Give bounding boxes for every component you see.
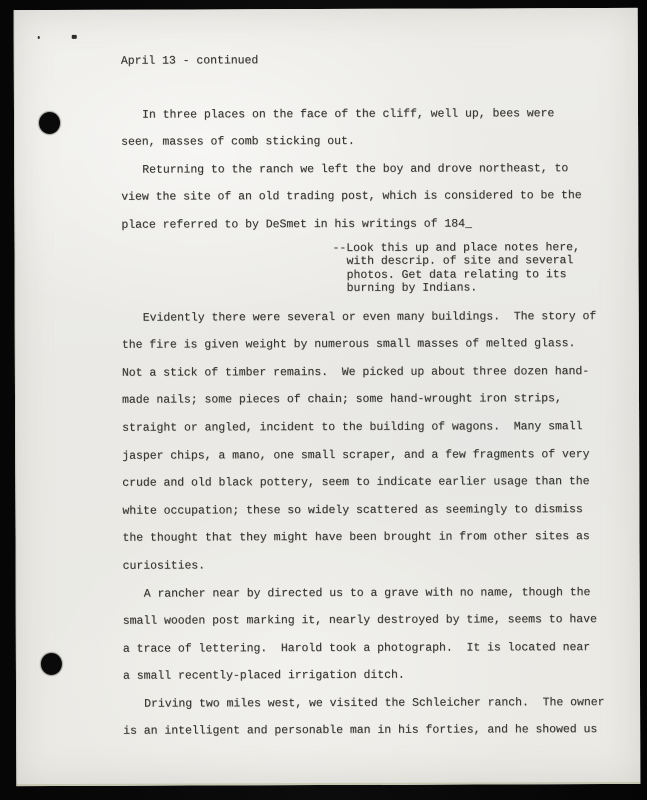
text-line: In three places on the face of the cliff…	[121, 100, 629, 129]
hole-punch-top-icon	[39, 112, 60, 134]
document-page: April 13 - continued In three places on …	[14, 8, 641, 786]
text-line: Driving two miles west, we visited the S…	[123, 689, 631, 718]
text-line: a trace of lettering. Harold took a phot…	[123, 634, 631, 663]
text-line: Not a stick of timber remains. We picked…	[122, 358, 630, 387]
text-line: curiosities.	[123, 551, 631, 580]
text-line: crude and old black pottery, seem to ind…	[122, 468, 630, 497]
document-text: April 13 - continued In three places on …	[121, 20, 632, 772]
text-line: place referred to by DeSmet in his writi…	[121, 210, 629, 239]
ink-speck	[72, 35, 77, 39]
text-line: small wooden post marking it, nearly des…	[123, 606, 631, 635]
scanner-background: { "colors": { "background": "#0a0a0a", "…	[0, 0, 647, 800]
text-line: straight or angled, incident to the buil…	[122, 413, 630, 442]
text-line: the fire is given weight by numerous sma…	[122, 330, 630, 359]
text-line: is an intelligent and personable man in …	[123, 716, 631, 745]
text-line: jasper chips, a mano, one small scraper,…	[122, 440, 630, 469]
text-line: with descrip. of site and several	[122, 254, 630, 269]
text-line: photos. Get data relating to its	[122, 268, 630, 283]
document-lines: In three places on the face of the cliff…	[121, 100, 631, 746]
text-line: Returning to the ranch we left the boy a…	[121, 155, 629, 184]
text-line: white occupation; these so widely scatte…	[122, 496, 630, 525]
ink-speck	[38, 36, 40, 39]
text-line: A rancher near by directed us to a grave…	[123, 578, 631, 607]
page-heading: April 13 - continued	[121, 46, 629, 75]
text-line: Evidently there were several or even man…	[122, 303, 630, 332]
text-line: view the site of an old trading post, wh…	[121, 182, 629, 211]
hole-punch-bottom-icon	[41, 653, 62, 675]
text-line: made nails; some pieces of chain; some h…	[122, 385, 630, 414]
text-line: seen, masses of comb sticking out.	[121, 127, 629, 156]
text-line: the thought that they might have been br…	[122, 523, 630, 552]
text-line: a small recently-placed irrigation ditch…	[123, 661, 631, 690]
text-line: burning by Indians.	[122, 281, 630, 296]
